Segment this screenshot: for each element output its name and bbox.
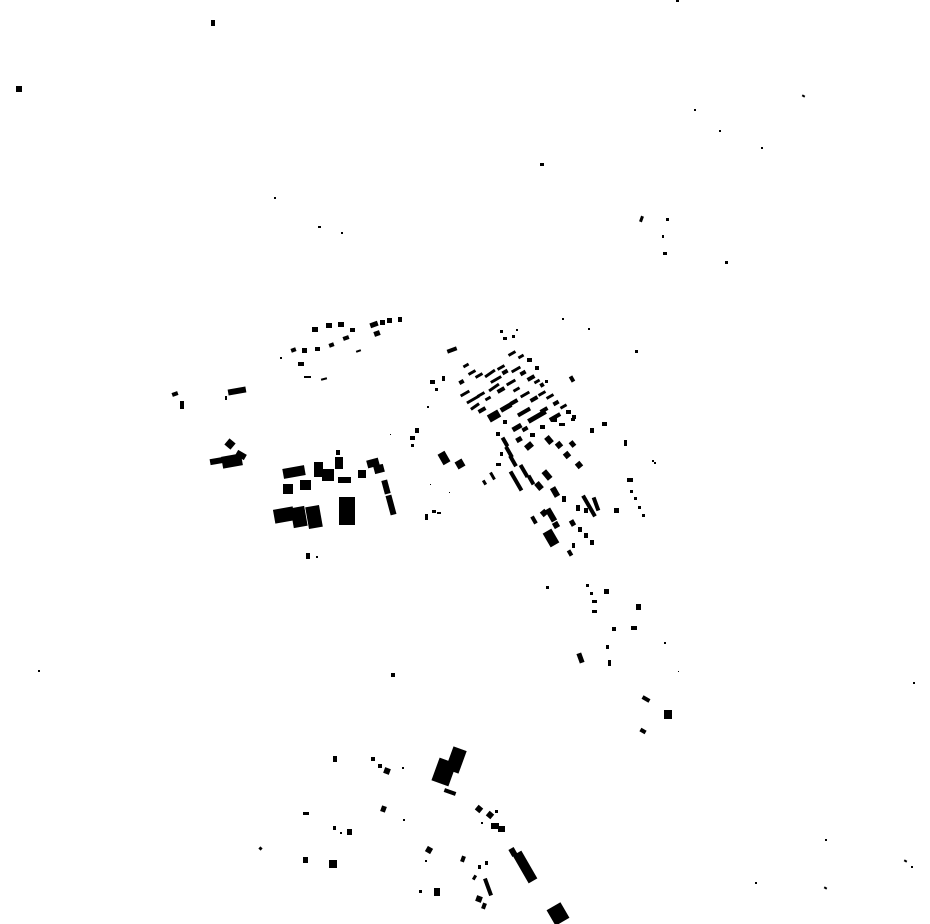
building	[410, 436, 415, 440]
building	[341, 232, 343, 234]
building	[566, 410, 571, 414]
building	[540, 425, 545, 429]
building	[592, 600, 597, 603]
building	[449, 492, 450, 493]
building	[402, 767, 404, 769]
building	[503, 337, 507, 340]
building	[427, 406, 429, 408]
building	[676, 0, 679, 2]
building	[326, 323, 332, 328]
building	[211, 20, 215, 26]
building	[333, 756, 337, 762]
building	[338, 477, 351, 483]
building	[654, 462, 656, 464]
building	[586, 584, 589, 587]
building	[755, 882, 757, 884]
building	[300, 480, 311, 490]
building	[913, 682, 915, 684]
building	[38, 670, 40, 672]
building	[627, 478, 633, 482]
building	[624, 440, 627, 446]
building	[298, 362, 304, 366]
building	[503, 420, 507, 424]
building	[303, 857, 308, 863]
building	[306, 553, 310, 559]
building	[614, 508, 619, 513]
building	[371, 757, 375, 761]
building	[442, 376, 445, 381]
building	[274, 197, 276, 199]
building	[664, 642, 666, 644]
building	[545, 380, 548, 383]
building	[430, 380, 435, 384]
building	[316, 556, 318, 558]
building	[512, 335, 515, 338]
building	[350, 328, 355, 332]
building	[495, 810, 498, 813]
building	[430, 484, 431, 485]
building	[347, 829, 352, 835]
building	[638, 506, 641, 509]
building	[540, 163, 544, 166]
building	[562, 496, 566, 502]
building	[419, 890, 422, 893]
building	[314, 462, 323, 477]
building	[535, 366, 539, 370]
building	[576, 505, 580, 511]
building	[180, 401, 184, 409]
building	[663, 252, 667, 255]
building	[390, 434, 391, 435]
building	[338, 322, 344, 327]
building	[391, 673, 395, 677]
building	[825, 839, 827, 841]
building	[516, 329, 518, 331]
building	[590, 592, 593, 595]
building	[387, 318, 392, 323]
building	[322, 469, 334, 481]
building	[378, 764, 382, 768]
building	[315, 347, 320, 351]
building	[604, 589, 609, 594]
building	[336, 450, 340, 455]
building	[335, 457, 343, 469]
building	[636, 604, 641, 610]
building	[398, 317, 402, 322]
building	[527, 358, 532, 362]
building	[725, 261, 728, 264]
building	[318, 226, 321, 228]
building	[339, 497, 355, 525]
building	[435, 388, 438, 391]
map-background	[0, 0, 930, 924]
building	[606, 645, 609, 649]
building	[578, 527, 582, 532]
building	[719, 130, 721, 132]
building	[559, 423, 565, 426]
building-footprints	[0, 0, 930, 924]
building	[590, 428, 594, 433]
building	[602, 422, 607, 426]
building	[491, 823, 499, 829]
building	[280, 357, 282, 359]
building	[403, 819, 405, 821]
building	[481, 822, 483, 824]
building	[302, 348, 307, 353]
building	[694, 109, 696, 111]
building	[358, 470, 366, 478]
building	[551, 418, 557, 422]
building	[16, 86, 22, 92]
building	[434, 888, 440, 896]
building	[612, 627, 616, 631]
building	[664, 710, 672, 719]
building	[652, 460, 654, 462]
building	[761, 147, 763, 149]
building	[496, 432, 500, 436]
building	[571, 418, 575, 421]
building	[500, 330, 503, 333]
building	[283, 484, 293, 494]
building	[304, 376, 311, 378]
building	[425, 514, 428, 520]
building	[678, 671, 679, 672]
building	[572, 543, 575, 548]
building	[634, 497, 637, 500]
building	[333, 826, 336, 830]
building	[432, 510, 436, 513]
building	[380, 320, 385, 325]
building	[630, 490, 633, 493]
building	[530, 433, 535, 437]
building	[584, 508, 588, 513]
building	[498, 826, 505, 832]
building	[425, 860, 427, 862]
building	[588, 328, 590, 330]
building	[662, 235, 664, 238]
building	[496, 463, 501, 466]
building	[666, 218, 669, 221]
building	[225, 396, 227, 400]
building	[485, 861, 488, 865]
building	[411, 444, 414, 447]
building	[415, 428, 419, 433]
building	[592, 610, 597, 613]
building	[562, 318, 564, 320]
building	[635, 350, 638, 353]
building	[546, 586, 549, 589]
building	[478, 865, 481, 869]
building	[312, 327, 318, 332]
figure-ground-map	[0, 0, 930, 924]
building	[340, 832, 342, 834]
building	[608, 660, 611, 666]
building	[329, 860, 337, 868]
building	[437, 512, 441, 514]
building	[911, 866, 913, 868]
building	[500, 452, 503, 456]
building	[584, 533, 588, 538]
building	[303, 812, 309, 815]
building	[631, 626, 637, 630]
building	[590, 540, 594, 545]
building	[642, 514, 645, 517]
